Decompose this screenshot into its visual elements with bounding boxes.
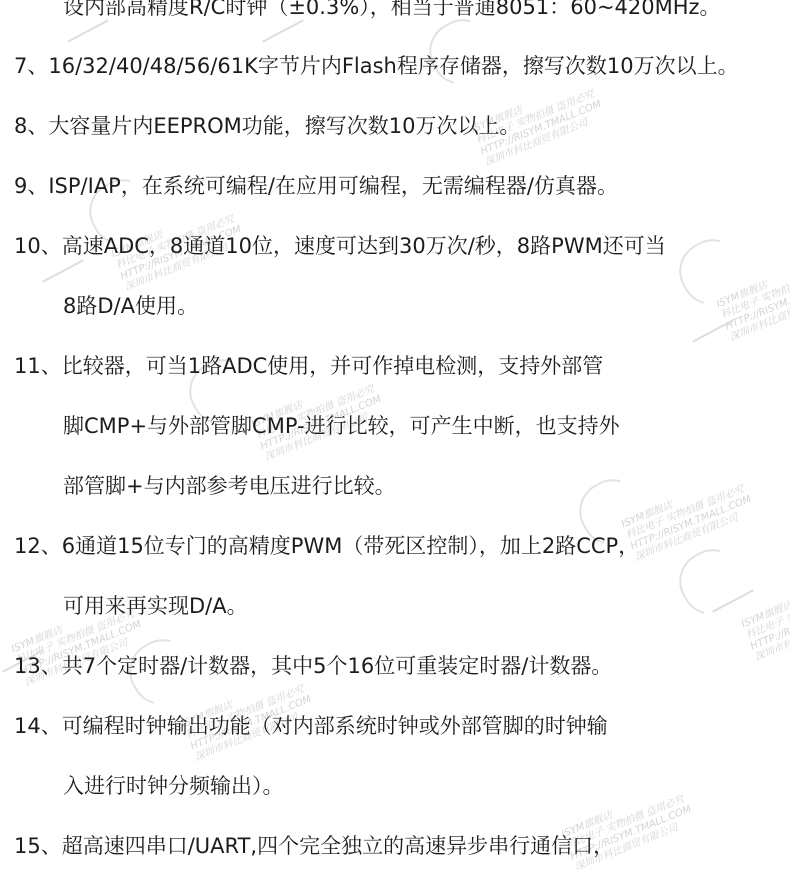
feature-item-12-continued: 可用来再实现D/A。 [63, 593, 248, 619]
watermark-stroke [712, 589, 754, 612]
watermark-stroke [67, 19, 109, 42]
feature-item-14-continued: 入进行时钟分频输出）。 [63, 773, 284, 799]
feature-item-11-continued: 脚CMP+与外部管脚CMP-进行比较，可产生中断，也支持外 [63, 413, 620, 439]
feature-item-11-continued-2: 部管脚+与内部参考电压进行比较。 [63, 473, 396, 499]
watermark: ISYM旗舰店 科比电子 实物拍摄 盗用必究 HTTP://RISYM.TMAL… [715, 252, 790, 345]
watermark-logo-icon [668, 538, 755, 625]
watermark-logo-icon [668, 228, 755, 315]
feature-item-13: 13、共7个定时器/计数器，其中5个16位可重装定时器/计数器。 [14, 653, 612, 679]
feature-item-10-continued: 8路D/A使用。 [63, 293, 198, 319]
feature-line-6-continued: 设内部高精度R/C时钟（±0.3%），相当于普通8051：60~420MHz。 [63, 0, 721, 20]
watermark-stroke [692, 319, 734, 342]
feature-item-7: 7、16/32/40/48/56/61K字节片内Flash程序存储器，擦写次数1… [14, 53, 739, 79]
feature-item-8: 8、大容量片内EEPROM功能，擦写次数10万次以上。 [14, 113, 521, 139]
feature-item-12: 12、6通道15位专门的高精度PWM（带死区控制），加上2路CCP， [14, 533, 639, 559]
watermark: ISYM旗舰店 科比电子 实物拍摄 盗用必究 HTTP://RISYM.TMAL… [620, 472, 758, 565]
document-page: ISYM旗舰店 科比电子 实物拍摄 盗用必究 HTTP://RISYM.TMAL… [0, 0, 790, 870]
feature-item-11: 11、比较器，可当1路ADC使用，并可作掉电检测，支持外部管 [14, 353, 603, 379]
watermark: ISYM旗舰店 科比电子 实物拍摄 盗用必究 HTTP://RISYM.TMAL… [740, 572, 790, 665]
feature-item-10: 10、高速ADC，8通道10位，速度可达到30万次/秒，8路PWM还可当 [14, 233, 666, 259]
feature-item-14: 14、可编程时钟输出功能（对内部系统时钟或外部管脚的时钟输 [14, 713, 608, 739]
watermark-stroke [42, 259, 84, 282]
feature-item-9: 9、ISP/IAP，在系统可编程/在应用可编程，无需编程器/仿真器。 [14, 173, 618, 199]
watermark-stroke [262, 19, 304, 42]
watermark-logo-icon [418, 8, 505, 95]
feature-item-15: 15、超高速四串口/UART,四个完全独立的高速异步串行通信口， [14, 833, 614, 859]
